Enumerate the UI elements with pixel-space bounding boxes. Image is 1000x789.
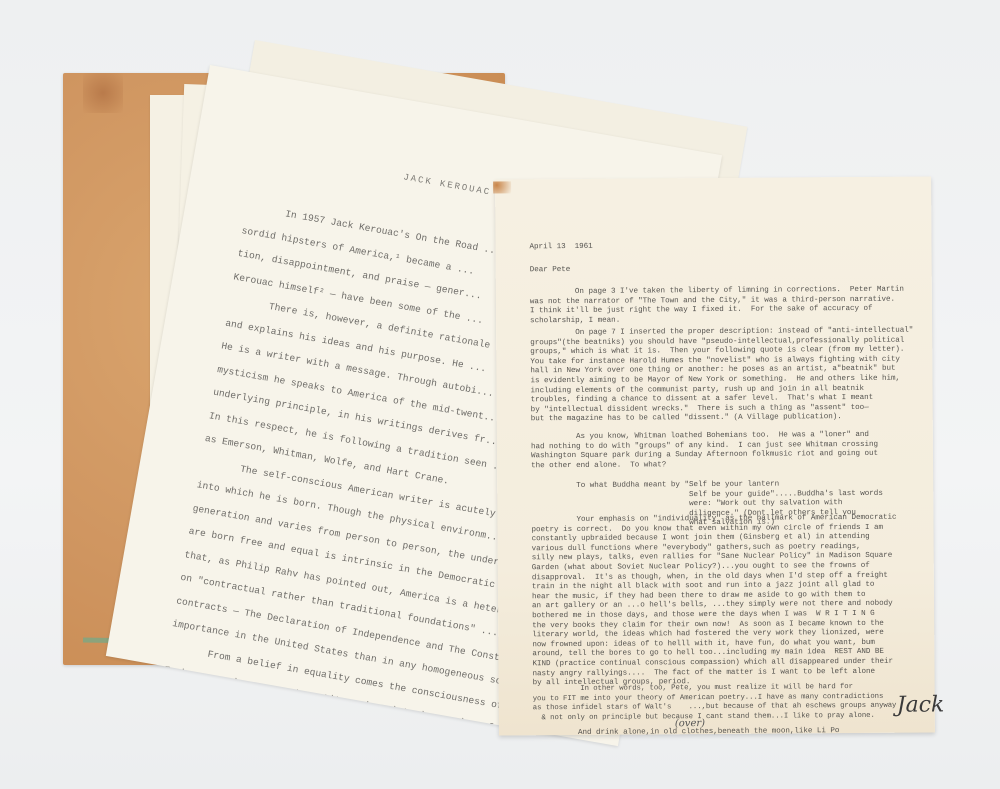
- letter-date: April 13 1961: [530, 243, 593, 253]
- signature: Jack: [897, 692, 945, 717]
- letter-paragraph: On page 3 I've taken the liberty of limn…: [530, 286, 904, 327]
- letter-salutation: Dear Pete: [530, 266, 571, 276]
- kerouac-letter: April 13 1961 Dear Pete On page 3 I've t…: [495, 176, 935, 735]
- essay-line: In 1957 Jack Kerouac's On the Road ...: [284, 208, 501, 257]
- letter-paragraph: As you know, Whitman loathed Bohemians t…: [531, 431, 878, 472]
- letter-paragraph: In other words, too, Pete, you must real…: [533, 683, 897, 724]
- letter-paragraph: Your emphasis on "individuality" as the …: [531, 514, 897, 689]
- essay-line: graphy. The artist uses that material wi…: [155, 711, 542, 747]
- letter-paragraph: On page 7 I inserted the proper descript…: [530, 327, 914, 426]
- handwritten-over-note: (over): [675, 718, 705, 729]
- letter-stain: [493, 181, 511, 193]
- folder-stain: [83, 73, 123, 113]
